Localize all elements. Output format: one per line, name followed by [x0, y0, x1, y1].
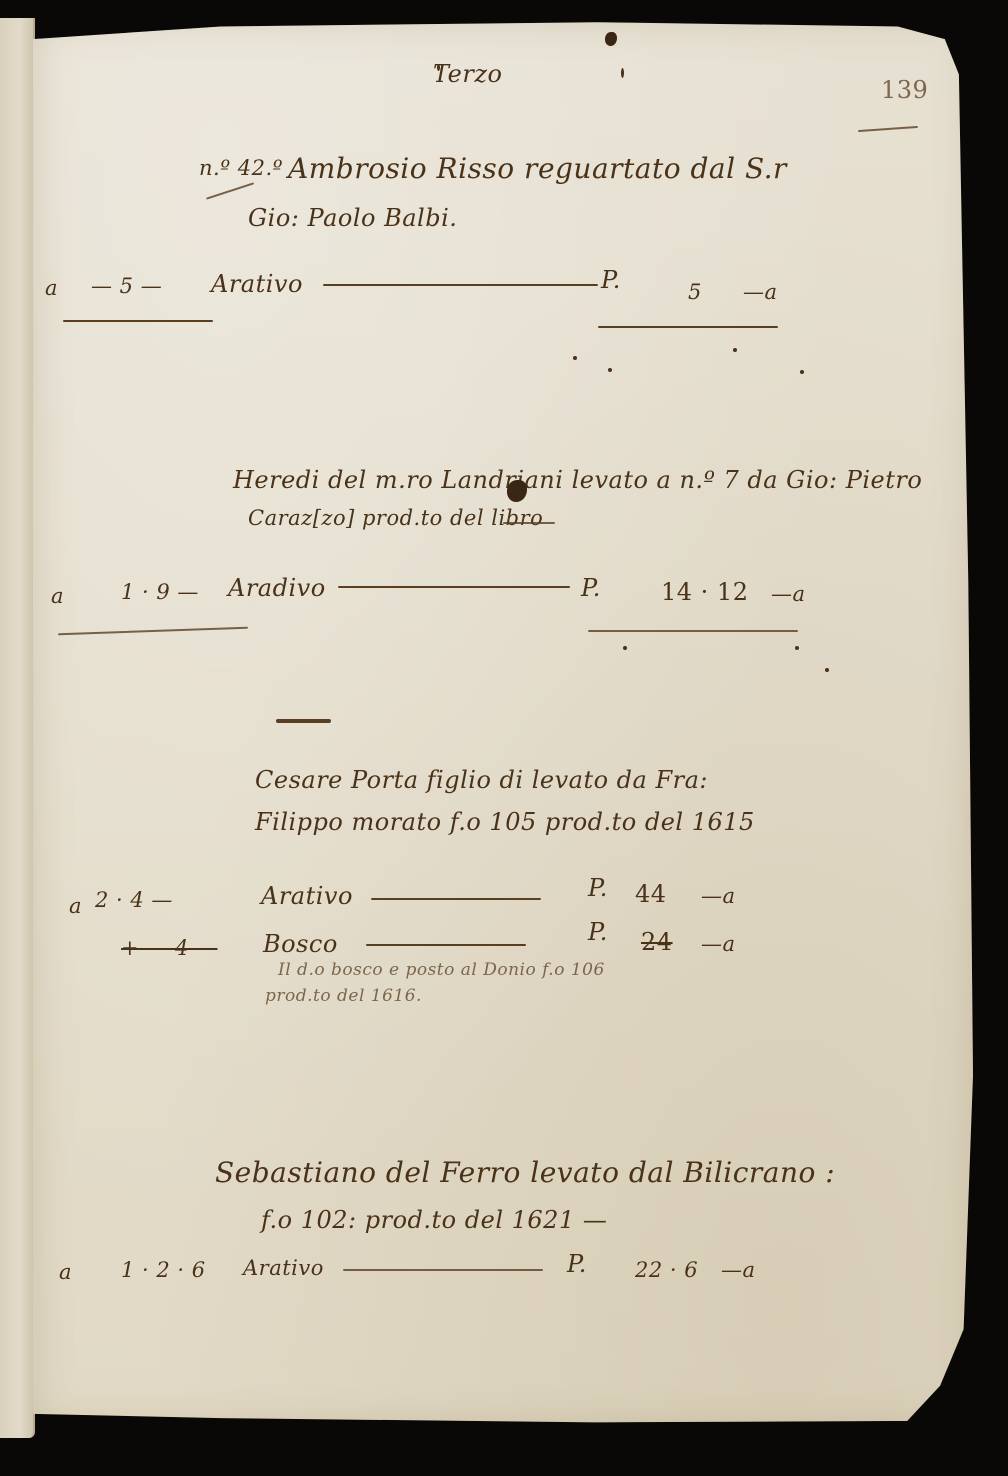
total-rule-left: [63, 320, 213, 322]
row-item: Arativo: [243, 1256, 324, 1280]
row-amount: 14 · 12: [661, 578, 748, 606]
leader-line: [323, 284, 598, 286]
ink-mark: [621, 68, 624, 78]
entry-number: n.º 42.º: [199, 156, 283, 180]
entry-header-line1: Cesare Porta figlio di levato da Fra:: [255, 766, 708, 794]
row-unit: P.: [567, 1250, 587, 1278]
ink-dot: [573, 356, 577, 360]
row-end-mark: —a: [701, 932, 736, 956]
ink-blot: [507, 480, 527, 502]
entry-header-line2: Filippo morato f.o 105 prod.to del 1615: [255, 808, 755, 836]
row-prefix: a: [51, 584, 64, 608]
row-unit: P.: [581, 574, 601, 602]
row-prefix: a: [45, 276, 58, 300]
manuscript-page: Terzo 139 n.º 42.º Ambrosio Risso reguar…: [33, 18, 973, 1428]
ink-dot: [825, 668, 829, 672]
entry-header-line2: Caraz[zo] prod.to del libro: [248, 506, 543, 530]
row-amount: 22 · 6: [635, 1258, 698, 1282]
row-end-mark: —a: [743, 280, 778, 304]
row-amount-struck: 24: [641, 928, 673, 956]
leader-line: [338, 586, 570, 588]
row-item: Bosco: [263, 930, 338, 958]
row-prefix: a: [59, 1260, 72, 1284]
row-quantity: — 5 —: [91, 274, 162, 298]
row-end-mark: —a: [771, 582, 806, 606]
entry-header-line2: f.o 102: prod.to del 1621 —: [261, 1206, 607, 1234]
row-unit: P.: [601, 266, 621, 294]
row-quantity: + — 4 —: [121, 936, 217, 960]
ink-dot: [795, 646, 799, 650]
ink-stroke: [276, 719, 331, 723]
row-prefix: a: [69, 894, 82, 918]
entry-header-line1: Heredi del m.ro Landriani levato a n.º 7…: [233, 466, 922, 494]
row-item: Aradivo: [228, 574, 326, 602]
ink-dot: [608, 368, 612, 372]
row-unit: P.: [588, 874, 608, 902]
row-unit: P.: [588, 918, 608, 946]
entry-note-line2: prod.to del 1616.: [265, 986, 422, 1006]
ink-dot: [623, 646, 627, 650]
page-heading: Terzo: [433, 60, 502, 88]
ink-stroke: [206, 182, 254, 199]
total-rule-right: [598, 326, 778, 328]
ink-dot: [733, 348, 737, 352]
entry-note-line1: Il d.o bosco e posto al Donio f.o 106: [278, 960, 605, 980]
row-end-mark: —a: [701, 884, 736, 908]
row-quantity: 1 · 9 —: [121, 580, 199, 604]
row-quantity: 2 · 4 —: [95, 888, 173, 912]
ink-dot: [800, 370, 804, 374]
row-amount: 5: [688, 280, 702, 304]
row-end-mark: —a: [721, 1258, 756, 1282]
row-item: Arativo: [261, 882, 353, 910]
leader-line: [366, 944, 526, 946]
entry-header-line1: Sebastiano del Ferro levato dal Bilicran…: [215, 1156, 835, 1189]
folio-number: 139: [881, 76, 928, 104]
leader-line: [343, 1269, 543, 1271]
entry-header-line1: Ambrosio Risso reguartato dal S.r: [288, 152, 787, 185]
entry-header-line2: Gio: Paolo Balbi.: [248, 204, 457, 232]
row-item: Arativo: [211, 270, 303, 298]
folio-underline: [858, 126, 918, 132]
facing-page-edge: [0, 18, 35, 1438]
ink-stroke: [503, 522, 555, 524]
row-amount: 44: [635, 880, 667, 908]
total-rule-left: [58, 627, 248, 635]
ink-mark: [437, 64, 440, 71]
total-rule-right: [588, 630, 798, 632]
row-quantity: 1 · 2 · 6: [121, 1258, 206, 1282]
leader-line: [371, 898, 541, 900]
ink-blot: [605, 32, 617, 46]
